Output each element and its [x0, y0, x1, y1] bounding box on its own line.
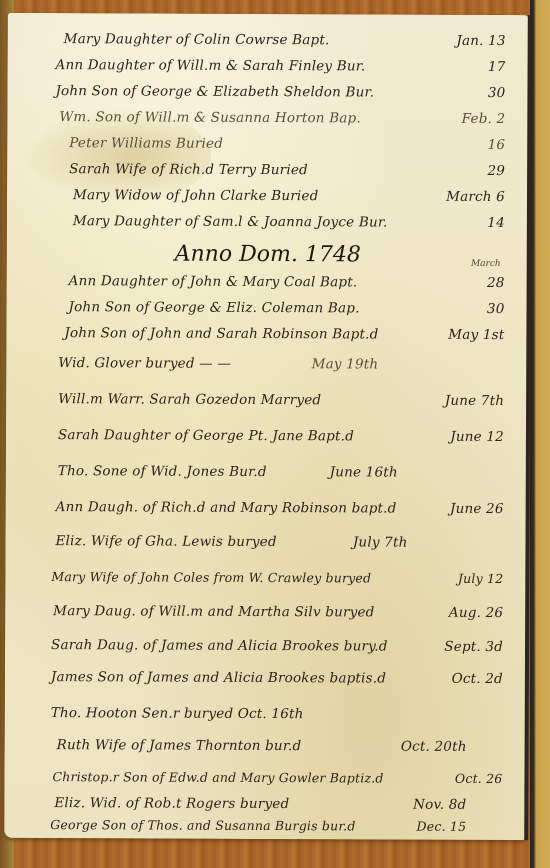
register-entry: Eliz. Wife of Gha. Lewis buryed July 7th: [55, 533, 407, 551]
register-entry: Wid. Glover buryed — — May 19th: [58, 355, 378, 372]
register-entry: Mary Daughter of Sam.l & Joanna Joyce Bu…: [73, 213, 505, 231]
register-entry: Mary Daug. of Will.m and Martha Silv bur…: [53, 603, 503, 621]
year-heading: Anno Dom. 1748: [7, 241, 529, 268]
register-entry: Sarah Daug. of James and Alicia Brookes …: [51, 637, 503, 655]
register-entry: Tho. Hooton Sen.r buryed Oct. 16th: [51, 705, 377, 722]
register-entry: Mary Wife of John Coles from W. Crawley …: [51, 569, 503, 586]
register-entry: Mary Widow of John Clarke Buried March 6: [73, 187, 505, 205]
register-entry: Ruth Wife of James Thornton bur.d Oct. 2…: [57, 737, 467, 755]
register-entry: George Son of Thos. and Susanna Burgis b…: [50, 817, 466, 834]
register-entry: John Son of George & Elizabeth Sheldon B…: [55, 83, 505, 101]
register-entry: Peter Williams Buried 16: [69, 135, 505, 153]
register-page: Mary Daughter of Colin Cowrse Bapt. Jan.…: [4, 13, 530, 840]
register-entry: Sarah Daughter of George Pt. Jane Bapt.d…: [58, 427, 504, 445]
register-entry: Will.m Warr. Sarah Gozedon Marryed June …: [58, 391, 504, 409]
register-entry: John Son of George & Eliz. Coleman Bap. …: [68, 299, 504, 317]
register-entry: Ann Daughter of John & Mary Coal Bapt. 2…: [69, 273, 505, 291]
register-entry: Eliz. Wid. of Rob.t Rogers buryed Nov. 8…: [54, 795, 466, 813]
register-entry: Sarah Wife of Rich.d Terry Buried 29: [69, 161, 505, 179]
register-entry: Christop.r Son of Edw.d and Mary Gowler …: [52, 769, 502, 786]
margin-note-month: March: [471, 259, 501, 269]
register-entry: James Son of James and Alicia Brookes ba…: [51, 669, 503, 687]
book-cover-edge: [530, 0, 550, 868]
register-entry: Mary Daughter of Colin Cowrse Bapt. Jan.…: [64, 31, 506, 49]
register-entry: Wm. Son of Will.m & Susanna Horton Bap. …: [59, 109, 505, 127]
register-entry: Ann Daughter of Will.m & Sarah Finley Bu…: [56, 57, 506, 75]
register-entry: John Son of John and Sarah Robinson Bapt…: [64, 325, 504, 343]
register-entry: Ann Daugh. of Rich.d and Mary Robinson b…: [56, 499, 504, 517]
register-entry: Tho. Sone of Wid. Jones Bur.d June 16th: [58, 463, 398, 480]
